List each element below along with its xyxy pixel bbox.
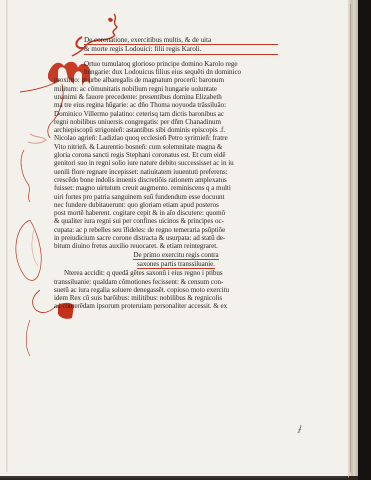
text-line: cupata: ac p rebelles seu īfideles: de r…	[54, 226, 278, 234]
heading-line: De coronatione, exercitibus multis, & de…	[84, 36, 278, 45]
text-line: Dominico Villermo palatino: ceterisq tam…	[54, 110, 278, 118]
paragraph-1: Ortuo tumulatoq glorioso principe domino…	[54, 60, 278, 251]
text-line: hungarie: dux Lodouicus filius eius sequ…	[54, 68, 278, 76]
chapter-heading-2: De primo exercitu regis contra saxones p…	[54, 251, 278, 270]
text-line: genitori suo in regni solio iure nature …	[54, 159, 278, 167]
text-line: ad conterēdam ipsorum proteruiam persona…	[54, 302, 278, 310]
text-line: militum: ac cōmunitatis nobilium regni h…	[54, 85, 278, 93]
text-line: fuisset: magno uirtutum creuit augmento.…	[54, 184, 278, 192]
page-gutter-edge	[6, 0, 8, 472]
text-line: ma tre eius regina hūgarie: ac dño Thoma…	[54, 101, 278, 109]
text-line: Nicolao agrieñ: Ladizlao quoq ecclesieñ …	[54, 134, 278, 142]
text-line: nec fundere dubitauerunt: quo gloriam et…	[54, 201, 278, 209]
text-line: idem Rex cū suis barōibus: militibus: no…	[54, 294, 278, 302]
text-line: post mortē haberent. cogitare cepit & in…	[54, 209, 278, 217]
heading-line: & morte regis Lodouici: filii regis Karo…	[84, 45, 278, 54]
text-line: regni nobilibus uniuersis congregatis: p…	[54, 118, 278, 126]
paragraph-2: Nterea accidit: q quedā gētes saxonū i e…	[54, 269, 278, 310]
text-line: Nterea accidit: q quedā gētes saxonū i e…	[54, 269, 278, 277]
text-line: suetū ac iura regalia soluere denegassēt…	[54, 286, 278, 294]
text-line: unanimi & fauore precedente: presentibus…	[54, 93, 278, 101]
text-line: Ortuo tumulatoq glorioso principe domino…	[54, 60, 278, 68]
text-line: gloria corona sancti regis Stephani coro…	[54, 151, 278, 159]
text-line: proximo: in urbe albaregalis de magnatum…	[54, 76, 278, 84]
main-text-column: De coronatione, exercitibus multis, & de…	[54, 36, 278, 311]
book-binding	[358, 0, 371, 480]
text-line: Vito nitrieñ. & Laurentio bosneñ: cum so…	[54, 143, 278, 151]
text-line: & qualiter iura regni sui per confines u…	[54, 217, 278, 225]
text-line: in preiudicium sacre corone distracta & …	[54, 234, 278, 242]
text-line: uenili flore regnare incepisset: natiuit…	[54, 168, 278, 176]
text-line: uiri fortes pro patria sanguinem suū fun…	[54, 193, 278, 201]
heading-line: saxones partis transsiluanie.	[137, 260, 215, 269]
page-stack-line	[350, 4, 351, 472]
text-line: archiepiscopū strigonieñ: astantibus sib…	[54, 126, 278, 134]
text-line: bitum diuino fretus auxilio reuocaret. &…	[54, 242, 278, 250]
heading-line: De primo exercitu regis contra	[133, 251, 218, 260]
chapter-heading-1: De coronatione, exercitibus multis, & de…	[54, 36, 278, 55]
text-line: crescēdo bone indolis inuenis discretiōi…	[54, 176, 278, 184]
text-line: transsiluanie: qualdam cōmotiones feciss…	[54, 278, 278, 286]
